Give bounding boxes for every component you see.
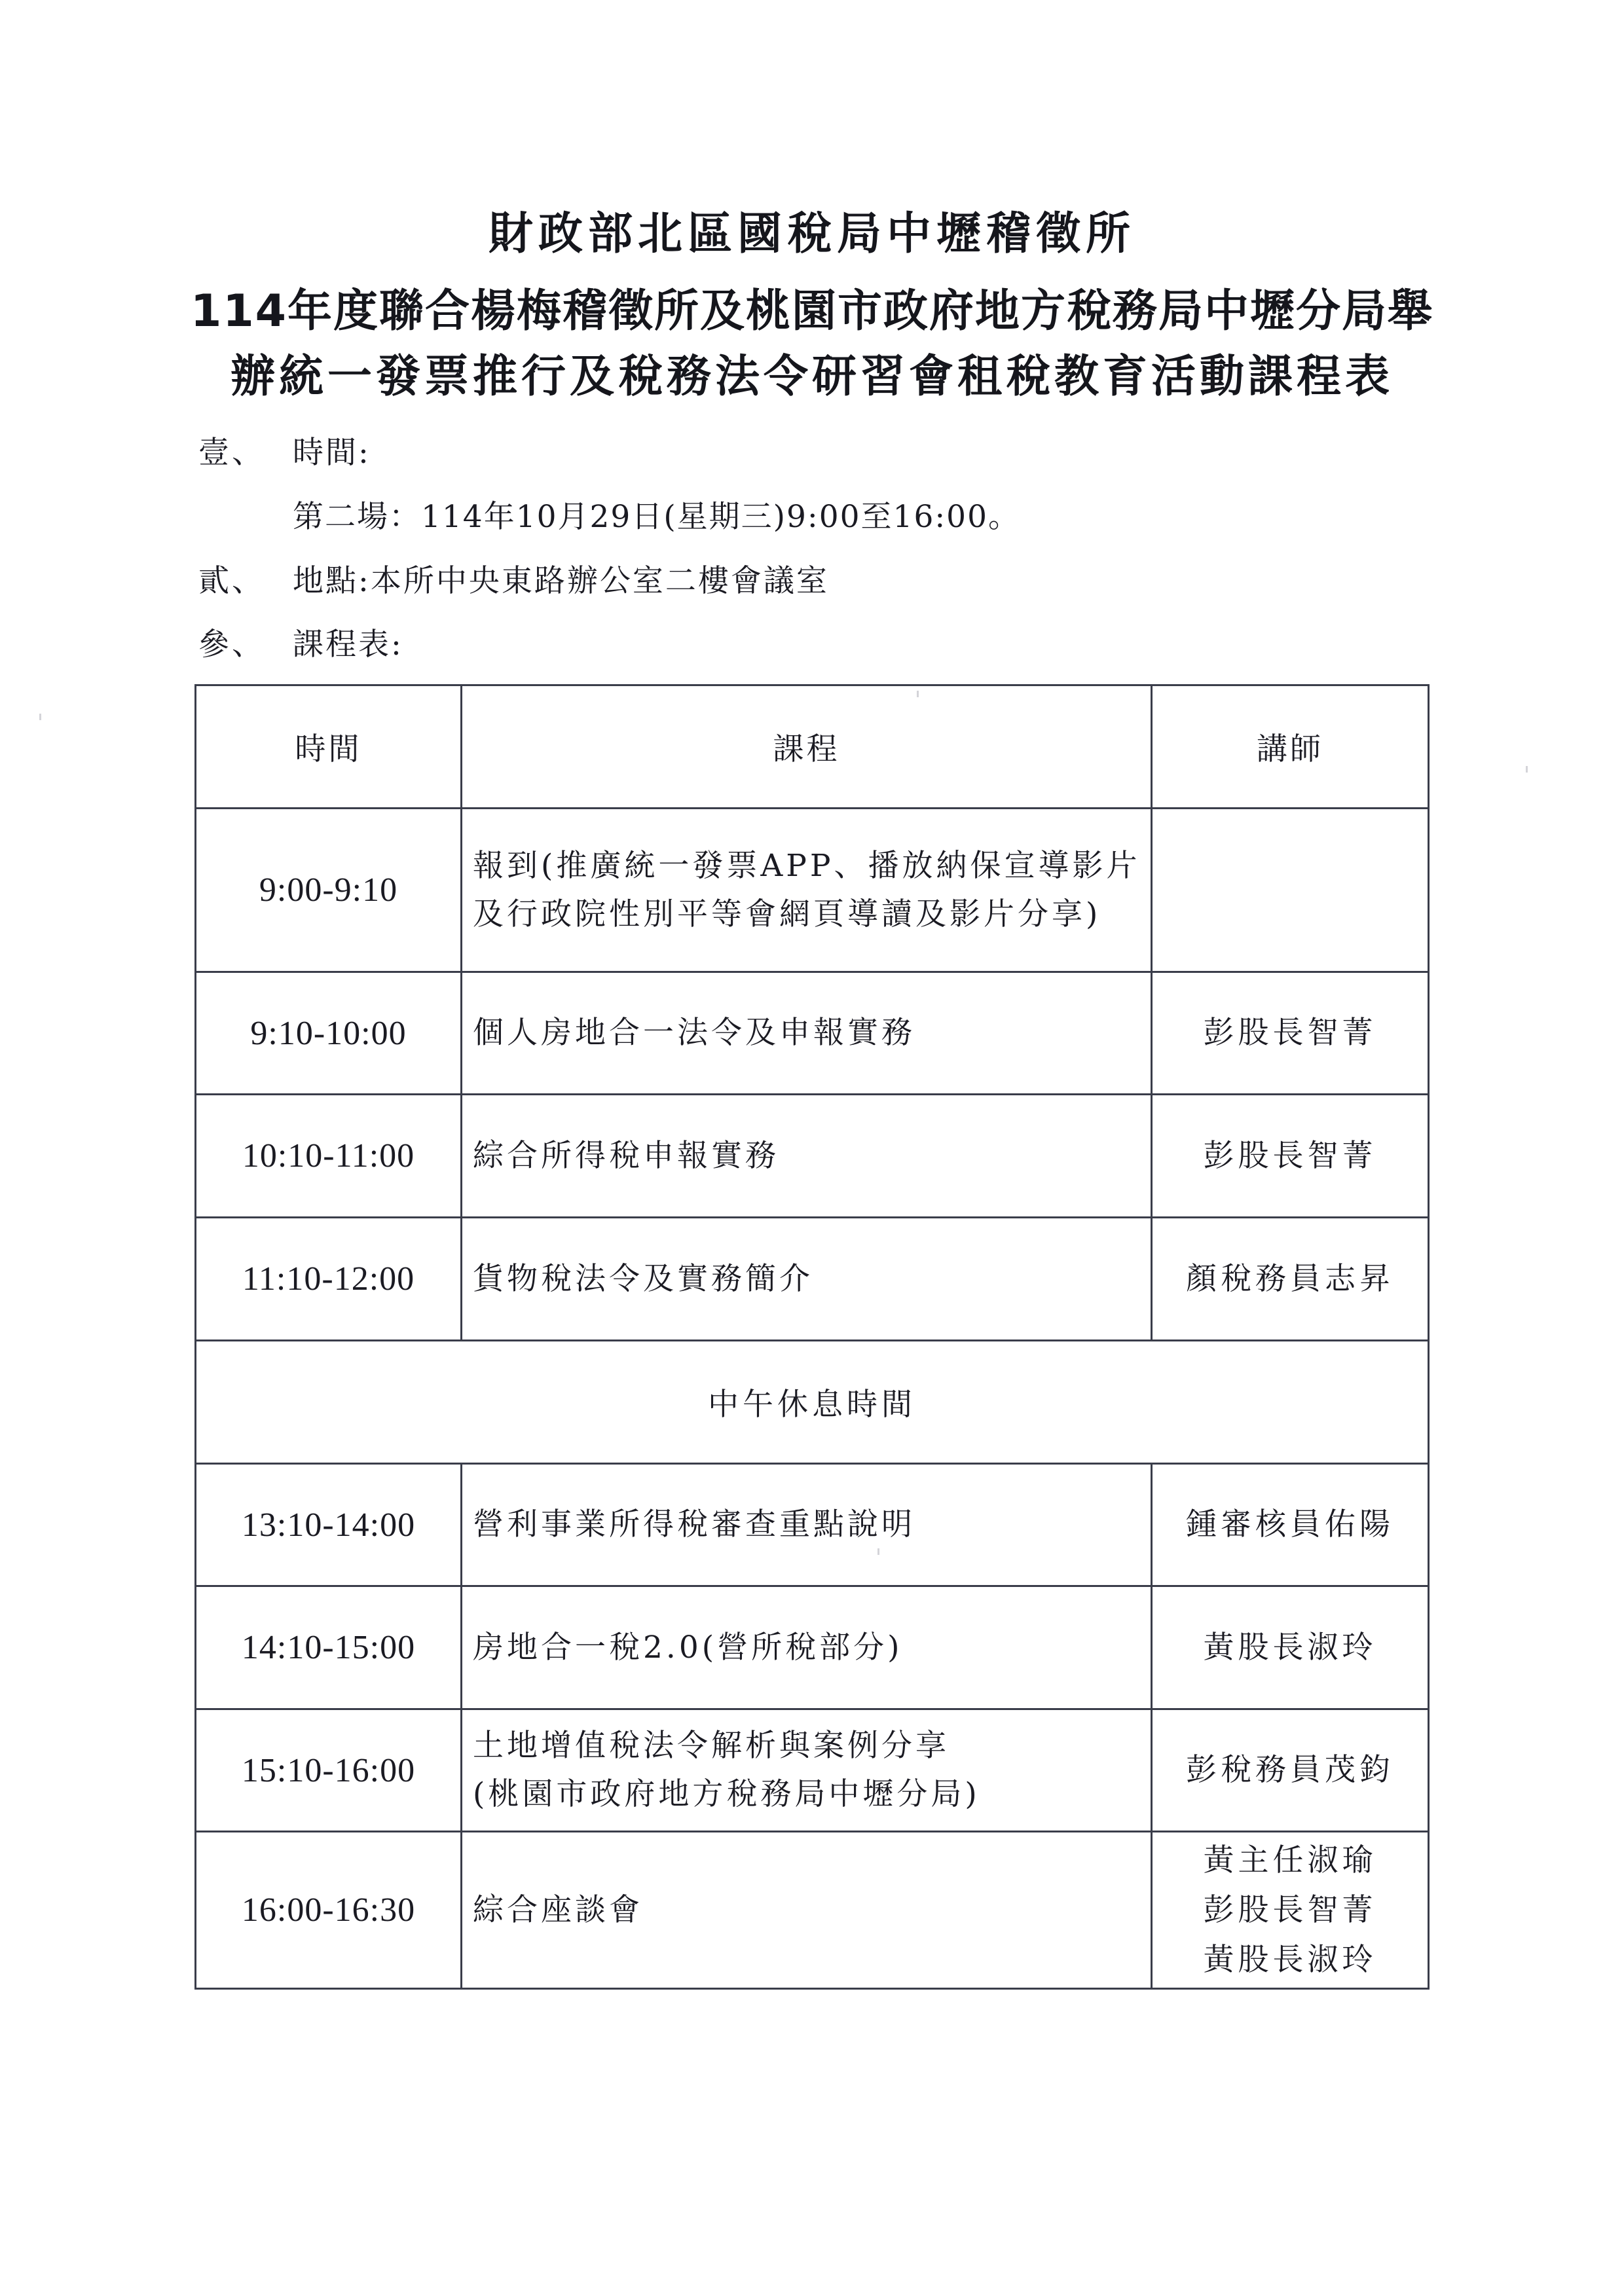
lecturer-name: 黃股長淑玲 xyxy=(1159,1935,1421,1985)
cell-time: 10:10-11:00 xyxy=(196,1095,462,1218)
table-row: 14:10-15:00 房地合一稅2.0(營所稅部分) 黃股長淑玲 xyxy=(196,1586,1429,1709)
table-row: 15:10-16:00 土地增值稅法令解析與案例分享 (桃園市政府地方稅務局中壢… xyxy=(196,1709,1429,1832)
cell-lecturer: 黃主任淑瑜 彭股長智菁 黃股長淑玲 xyxy=(1152,1832,1429,1989)
cell-time: 14:10-15:00 xyxy=(196,1586,462,1709)
cell-lecturer: 彭稅務員茂鈞 xyxy=(1152,1709,1429,1832)
title-line-3: 辦統一發票推行及稅務法令研習會租稅教育活動課程表 xyxy=(0,351,1624,403)
header-course: 課程 xyxy=(462,685,1152,809)
session-detail: 第二場：114年10月29日(星期三)9:00至16:00。 xyxy=(293,498,1020,537)
course-line: (桃園市政府地方稅務局中壢分局) xyxy=(473,1770,1144,1819)
table-row: 10:10-11:00 綜合所得稅申報實務 彭股長智菁 xyxy=(196,1095,1429,1218)
cell-course: 綜合所得稅申報實務 xyxy=(462,1095,1152,1218)
lecturer-name: 黃主任淑瑜 xyxy=(1159,1836,1421,1886)
section-label: 時間: xyxy=(293,433,371,473)
table-header-row: 時間 課程 講師 xyxy=(196,685,1429,809)
cell-time: 15:10-16:00 xyxy=(196,1709,462,1832)
table-row: 9:10-10:00 個人房地合一法令及申報實務 彭股長智菁 xyxy=(196,972,1429,1095)
title-line-1: 財政部北區國稅局中壢稽徵所 xyxy=(0,208,1624,261)
cell-course: 房地合一稅2.0(營所稅部分) xyxy=(462,1586,1152,1709)
cell-course: 個人房地合一法令及申報實務 xyxy=(462,972,1152,1095)
cell-course: 貨物稅法令及實務簡介 xyxy=(462,1218,1152,1341)
cell-lecturer: 黃股長淑玲 xyxy=(1152,1586,1429,1709)
course-line: 土地增值稅法令解析與案例分享 xyxy=(473,1722,1144,1770)
section-label: 地點:本所中央東路辦公室二樓會議室 xyxy=(293,562,829,601)
cell-time: 16:00-16:30 xyxy=(196,1832,462,1989)
table-row: 11:10-12:00 貨物稅法令及實務簡介 顏稅務員志昇 xyxy=(196,1218,1429,1341)
schedule-table: 時間 課程 講師 9:00-9:10 報到(推廣統一發票APP、播放納保宣導影片… xyxy=(194,684,1430,1990)
table-row: 16:00-16:30 綜合座談會 黃主任淑瑜 彭股長智菁 黃股長淑玲 xyxy=(196,1832,1429,1989)
cell-course: 土地增值稅法令解析與案例分享 (桃園市政府地方稅務局中壢分局) xyxy=(462,1709,1152,1832)
section-label: 課程表: xyxy=(293,625,403,665)
header-time: 時間 xyxy=(196,685,462,809)
cell-time: 9:00-9:10 xyxy=(196,809,462,972)
cell-lecturer: 彭股長智菁 xyxy=(1152,972,1429,1095)
cell-course: 綜合座談會 xyxy=(462,1832,1152,1989)
cell-time: 13:10-14:00 xyxy=(196,1464,462,1586)
cell-time: 11:10-12:00 xyxy=(196,1218,462,1341)
section-number: 參、 xyxy=(198,625,265,665)
cell-course: 報到(推廣統一發票APP、播放納保宣導影片及行政院性別平等會網頁導讀及影片分享) xyxy=(462,809,1152,972)
table-row: 13:10-14:00 營利事業所得稅審查重點說明 鍾審核員佑陽 xyxy=(196,1464,1429,1586)
section-number: 壹、 xyxy=(198,433,265,473)
scan-speck xyxy=(39,714,41,720)
cell-time: 9:10-10:00 xyxy=(196,972,462,1095)
cell-lecturer: 鍾審核員佑陽 xyxy=(1152,1464,1429,1586)
title-line-2: 114年度聯合楊梅稽徵所及桃園市政府地方稅務局中壢分局舉 xyxy=(0,285,1624,338)
cell-lecturer xyxy=(1152,809,1429,972)
cell-lecturer: 顏稅務員志昇 xyxy=(1152,1218,1429,1341)
scan-speck xyxy=(877,1548,879,1555)
scan-speck xyxy=(1526,766,1528,773)
header-lecturer: 講師 xyxy=(1152,685,1429,809)
cell-course: 營利事業所得稅審查重點說明 xyxy=(462,1464,1152,1586)
table-row-break: 中午休息時間 xyxy=(196,1341,1429,1464)
scan-speck xyxy=(917,691,919,697)
table-row: 9:00-9:10 報到(推廣統一發票APP、播放納保宣導影片及行政院性別平等會… xyxy=(196,809,1429,972)
lecturer-name: 彭股長智菁 xyxy=(1159,1886,1421,1935)
lunch-break-cell: 中午休息時間 xyxy=(196,1341,1429,1464)
section-number: 貳、 xyxy=(198,562,265,601)
cell-lecturer: 彭股長智菁 xyxy=(1152,1095,1429,1218)
